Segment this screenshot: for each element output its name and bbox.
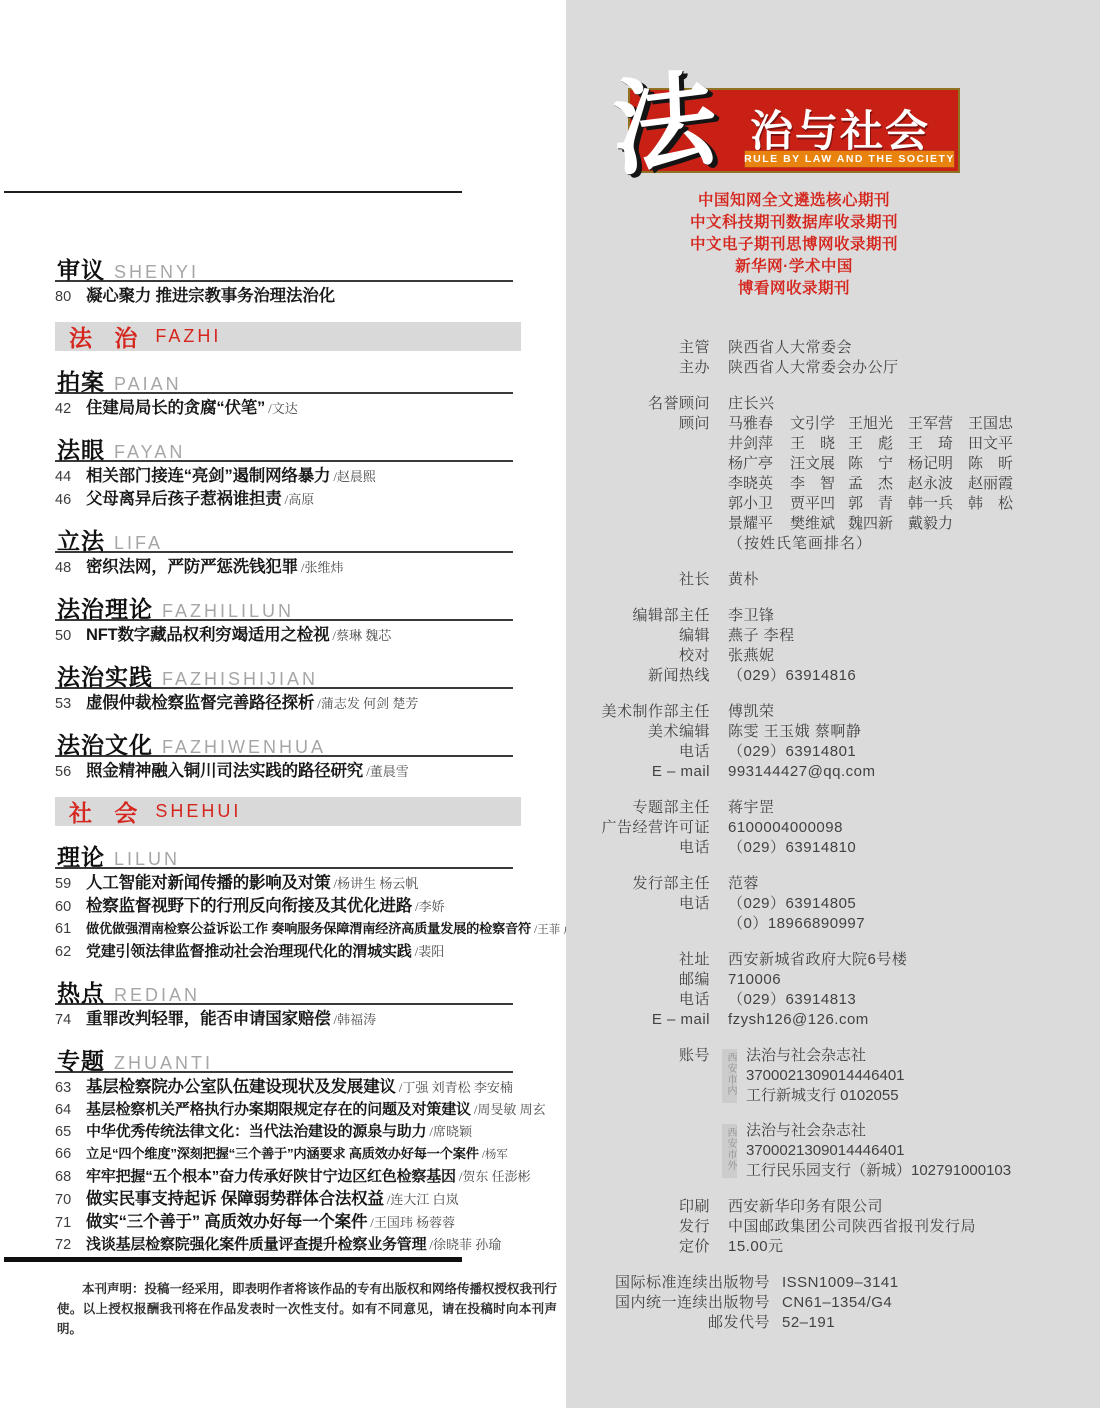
- toc-category-band: 社 会SHEHUI: [55, 797, 521, 826]
- masthead-gap: [566, 554, 1100, 570]
- masthead-label: 定价: [566, 1237, 710, 1257]
- section-title-en: REDIAN: [114, 985, 200, 1005]
- toc-item-title: 做实“三个善于” 高质效办好每一个案件: [86, 1211, 367, 1233]
- toc-item: 74重罪改判轻罪，能否申请国家赔偿/韩福涛: [55, 1008, 513, 1031]
- advisor-name: 郭小卫: [728, 494, 790, 514]
- toc-item-authors: /贺东 任澎彬: [459, 1166, 531, 1188]
- section-title-zh: 法治实践: [57, 664, 153, 690]
- toc-item-authors: /文达: [268, 398, 298, 420]
- masthead-row: 国内统一连续出版物号CN61–1354/G4: [566, 1293, 1100, 1313]
- bank-account: 西安市外法治与社会杂志社3700021309014446401工行民乐园支行（新…: [722, 1121, 1011, 1181]
- toc-item: 71做实“三个善于” 高质效办好每一个案件/王国玮 杨蓉蓉: [55, 1211, 513, 1234]
- toc-item: 64基层检察机关严格执行办案期限规定存在的问题及对策建议/周旻敏 周玄: [55, 1099, 513, 1121]
- toc-item-title: 立足“四个维度”深刻把握“三个善于”内涵要求 高质效办好每一个案件: [86, 1143, 479, 1165]
- advisor-name: 赵永波: [908, 474, 968, 494]
- account-line: 工行民乐园支行（新城）102791000103: [746, 1161, 1011, 1181]
- masthead-gap: [566, 378, 1100, 394]
- toc-item-authors: /韩福涛: [334, 1009, 377, 1031]
- masthead-row: 发行中国邮政集团公司陕西省报刊发行局: [566, 1217, 1100, 1237]
- category-title-zh: 社 会: [69, 795, 145, 828]
- category-title-en: FAZHI: [155, 326, 221, 347]
- masthead-value: 李卫锋: [728, 606, 775, 626]
- masthead-value: （029）63914805: [728, 894, 856, 914]
- toc-section-heading: 法治实践FAZHISHIJIAN: [55, 659, 513, 689]
- toc-section-items: 53虚假仲裁检察监督完善路径探析/蒲志发 何剑 楚芳: [55, 689, 513, 715]
- toc-item-title: NFT数字藏品权利穷竭适用之检视: [86, 624, 329, 646]
- advisor-name-line: 井剑萍王 晓王 彪王 琦田文平: [728, 434, 1034, 454]
- masthead-value: CN61–1354/G4: [782, 1293, 892, 1313]
- masthead-row: 电话（029）63914801: [566, 742, 1100, 762]
- toc-section-items: 48密织法网，严防严惩洗钱犯罪/张维炜: [55, 553, 513, 579]
- masthead-label: 美术编辑: [566, 722, 710, 742]
- section-title-en: FAZHISHIJIAN: [162, 669, 318, 689]
- toc-item-authors: /连大江 白岚: [387, 1189, 459, 1211]
- logo-tagline: RULE BY LAW AND THE SOCIETY: [744, 153, 955, 165]
- masthead-row: 电话（029）63914813: [566, 990, 1100, 1010]
- masthead-label: 主管: [566, 338, 710, 358]
- toc-section: 法治理论FAZHILILUN50NFT数字藏品权利穷竭适用之检视/蔡琳 魏芯: [55, 591, 513, 647]
- masthead-gap: [566, 1257, 1100, 1273]
- toc-section: 法眼FAYAN44相关部门接连“亮剑”遏制网络暴力/赵晨熙46父母离异后孩子惹祸…: [55, 432, 513, 511]
- account-line: 法治与社会杂志社: [746, 1121, 1011, 1141]
- advisor-name: 郭 青: [848, 494, 908, 514]
- advisor-name: 陈 昕: [968, 454, 1034, 474]
- section-title-zh: 法眼: [57, 437, 105, 463]
- advisor-name: 赵丽霞: [968, 474, 1034, 494]
- toc-item-authors: /李娇: [415, 896, 445, 918]
- masthead-row: 电话（029）63914810: [566, 838, 1100, 858]
- toc-section: 热点REDIAN74重罪改判轻罪，能否申请国家赔偿/韩福涛: [55, 975, 513, 1031]
- toc-item-page-number: 63: [55, 1077, 86, 1099]
- section-title-en: LILUN: [114, 849, 180, 869]
- toc-item-authors: /王国玮 杨蓉蓉: [370, 1212, 455, 1234]
- toc-section-items: 42住建局局长的贪腐“伏笔”/文达: [55, 394, 513, 420]
- toc-item-authors: /董晨雪: [366, 761, 409, 783]
- toc-item-page-number: 48: [55, 557, 86, 579]
- toc-item: 65中华优秀传统法律文化：当代法治建设的源泉与助力/席晓颖: [55, 1121, 513, 1143]
- masthead-label: 顾问: [566, 414, 710, 554]
- advisor-name: 贾平凹: [790, 494, 848, 514]
- toc-item-title: 住建局局长的贪腐“伏笔”: [86, 397, 265, 419]
- masthead-value: 庄长兴: [728, 394, 775, 414]
- section-title-zh: 法治理论: [57, 596, 153, 622]
- masthead-row: 校对张燕妮: [566, 646, 1100, 666]
- toc-item-authors: /周旻敏 周玄: [474, 1099, 546, 1121]
- masthead-value: 陈雯 王玉娥 蔡啊静: [728, 722, 861, 742]
- masthead-label: 印刷: [566, 1197, 710, 1217]
- advisor-name-grid: 马雅春文引学王旭光王军营王国忠井剑萍王 晓王 彪王 琦田文平杨广亭汪文展陈 宁杨…: [728, 414, 1034, 554]
- advisor-name: 韩一兵: [908, 494, 968, 514]
- masthead-advisors-row: 顾问马雅春文引学王旭光王军营王国忠井剑萍王 晓王 彪王 琦田文平杨广亭汪文展陈 …: [566, 414, 1100, 554]
- section-title-zh: 专题: [57, 1048, 105, 1074]
- toc-item-title: 做优做强渭南检察公益诉讼工作 奏响服务保障渭南经济高质量发展的检察音符: [86, 918, 531, 940]
- account-line: 法治与社会杂志社: [746, 1046, 905, 1066]
- masthead-value: （029）63914816: [728, 666, 856, 686]
- toc-item: 72浅谈基层检察院强化案件质量评查提升检察业务管理/徐晓菲 孙瑜: [55, 1234, 513, 1256]
- toc-item-title: 凝心聚力 推进宗教事务治理法治化: [86, 285, 335, 307]
- toc-item-page-number: 62: [55, 941, 86, 963]
- masthead-row: 编辑燕子 李程: [566, 626, 1100, 646]
- masthead-value: 中国邮政集团公司陕西省报刊发行局: [728, 1217, 976, 1237]
- toc-item: 70做实民事支持起诉 保障弱势群体合法权益/连大江 白岚: [55, 1188, 513, 1211]
- table-of-contents: 审议SHENYI80凝心聚力 推进宗教事务治理法治化法 治FAZHI拍案PAIA…: [55, 252, 513, 1268]
- toc-item-title: 做实民事支持起诉 保障弱势群体合法权益: [86, 1188, 384, 1210]
- bank-account: 西安市内法治与社会杂志社3700021309014446401工行新城支行 01…: [722, 1046, 1011, 1106]
- masthead-label: 电话: [566, 838, 710, 858]
- account-region-stamp: 西安市外: [722, 1124, 737, 1178]
- masthead-gap: [566, 782, 1100, 798]
- masthead-label: 编辑部主任: [566, 606, 710, 626]
- certification-line: 中文科技期刊数据库收录期刊: [628, 212, 960, 234]
- toc-item-title: 牢牢把握“五个根本”奋力传承好陕甘宁边区红色检察基因: [86, 1166, 456, 1188]
- toc-item-page-number: 65: [55, 1121, 86, 1143]
- advisor-name: 王 晓: [790, 434, 848, 454]
- bank-accounts: 西安市内法治与社会杂志社3700021309014446401工行新城支行 01…: [710, 1046, 1011, 1181]
- masthead-label: 发行部主任: [566, 874, 710, 894]
- toc-section-heading: 法治理论FAZHILILUN: [55, 591, 513, 621]
- masthead-label: 名誉顾问: [566, 394, 710, 414]
- toc-section: 理论LILUN59人工智能对新闻传播的影响及对策/杨讲生 杨云帆60检察监督视野…: [55, 839, 513, 963]
- toc-section-items: 80凝心聚力 推进宗教事务治理法治化: [55, 282, 513, 308]
- toc-item-title: 父母离异后孩子惹祸谁担责: [86, 488, 282, 510]
- masthead-label: 专题部主任: [566, 798, 710, 818]
- masthead-label: 电话: [566, 742, 710, 762]
- section-title-en: FAZHIWENHUA: [162, 737, 326, 757]
- toc-section-items: 56照金精神融入铜川司法实践的路径研究/董晨雪: [55, 757, 513, 783]
- toc-item-title: 密织法网，严防严惩洗钱犯罪: [86, 556, 298, 578]
- toc-item-authors: /丁强 刘青松 李安楠: [399, 1077, 513, 1099]
- toc-item-authors: /张维炜: [301, 557, 344, 579]
- masthead-label: 社址: [566, 950, 710, 970]
- toc-item-title: 虚假仲裁检察监督完善路径探析: [86, 692, 314, 714]
- toc-item-page-number: 74: [55, 1009, 86, 1031]
- masthead-gap: [566, 1030, 1100, 1046]
- masthead-label: 国内统一连续出版物号: [566, 1293, 770, 1313]
- section-title-zh: 立法: [57, 528, 105, 554]
- advisor-name: 杨广亭: [728, 454, 790, 474]
- certification-list: 中国知网全文遴选核心期刊中文科技期刊数据库收录期刊中文电子期刊思博网收录期刊新华…: [628, 190, 960, 300]
- advisor-name: 汪文展: [790, 454, 848, 474]
- masthead-row: 发行部主任范蓉: [566, 874, 1100, 894]
- toc-item: 63基层检察院办公室队伍建设现状及发展建议/丁强 刘青松 李安楠: [55, 1076, 513, 1099]
- toc-item-title: 检察监督视野下的行刑反向衔接及其优化进路: [86, 895, 412, 917]
- masthead-row: （0）18966890997: [566, 914, 1100, 934]
- advisor-name: 文引学: [790, 414, 848, 434]
- section-title-en: ZHUANTI: [114, 1053, 213, 1073]
- toc-item: 60检察监督视野下的行刑反向衔接及其优化进路/李娇: [55, 895, 513, 918]
- toc-section-items: 59人工智能对新闻传播的影响及对策/杨讲生 杨云帆60检察监督视野下的行刑反向衔…: [55, 869, 513, 963]
- toc-section-items: 44相关部门接连“亮剑”遏制网络暴力/赵晨熙46父母离异后孩子惹祸谁担责/高原: [55, 462, 513, 511]
- toc-item-authors: /杨军: [482, 1144, 508, 1166]
- masthead-value: 傅凯荣: [728, 702, 775, 722]
- toc-section: 法治实践FAZHISHIJIAN53虚假仲裁检察监督完善路径探析/蒲志发 何剑 …: [55, 659, 513, 715]
- account-lines: 法治与社会杂志社3700021309014446401工行新城支行 010205…: [746, 1046, 905, 1106]
- advisor-name: 景耀平: [728, 514, 790, 534]
- masthead-row: 新闻热线（029）63914816: [566, 666, 1100, 686]
- toc-section-heading: 立法LIFA: [55, 523, 513, 553]
- toc-section-items: 74重罪改判轻罪，能否申请国家赔偿/韩福涛: [55, 1005, 513, 1031]
- masthead-value: 张燕妮: [728, 646, 775, 666]
- toc-item-page-number: 60: [55, 896, 86, 918]
- toc-item-title: 人工智能对新闻传播的影响及对策: [86, 872, 331, 894]
- masthead-label: 邮编: [566, 970, 710, 990]
- masthead-row: 定价15.00元: [566, 1237, 1100, 1257]
- masthead-row: 美术编辑陈雯 王玉娥 蔡啊静: [566, 722, 1100, 742]
- advisor-name: 戴毅力: [908, 514, 968, 534]
- certification-line: 新华网·学术中国: [628, 256, 960, 278]
- magazine-logo: 法 治与社会 RULE BY LAW AND THE SOCIETY: [628, 88, 960, 173]
- toc-item: 53虚假仲裁检察监督完善路径探析/蒲志发 何剑 楚芳: [55, 692, 513, 715]
- toc-item-title: 相关部门接连“亮剑”遏制网络暴力: [86, 465, 330, 487]
- section-title-en: LIFA: [114, 533, 163, 553]
- masthead-row: 邮发代号52–191: [566, 1313, 1100, 1333]
- toc-item-title: 浅谈基层检察院强化案件质量评查提升检察业务管理: [86, 1234, 426, 1256]
- toc-section-heading: 审议SHENYI: [55, 252, 513, 282]
- certification-line: 博看网收录期刊: [628, 278, 960, 300]
- masthead-label: 校对: [566, 646, 710, 666]
- masthead-value: （029）63914813: [728, 990, 856, 1010]
- masthead-row: E – mailfzysh126@126.com: [566, 1010, 1100, 1030]
- masthead-value: 陕西省人大常委会办公厅: [728, 358, 899, 378]
- toc-item-authors: /裴阳: [415, 941, 445, 963]
- toc-item-authors: /高原: [285, 489, 315, 511]
- section-title-zh: 法治文化: [57, 732, 153, 758]
- account-lines: 法治与社会杂志社3700021309014446401工行民乐园支行（新城）10…: [746, 1121, 1011, 1181]
- masthead-panel: 法 治与社会 RULE BY LAW AND THE SOCIETY 中国知网全…: [566, 0, 1100, 1408]
- masthead-row: 电话（029）63914805: [566, 894, 1100, 914]
- masthead-gap: [566, 858, 1100, 874]
- masthead-label: 电话: [566, 990, 710, 1010]
- section-title-en: FAZHILILUN: [162, 601, 294, 621]
- category-title-zh: 法 治: [69, 320, 145, 353]
- toc-item-page-number: 50: [55, 625, 86, 647]
- masthead-value: 西安新华印务有限公司: [728, 1197, 883, 1217]
- toc-item: 50NFT数字藏品权利穷竭适用之检视/蔡琳 魏芯: [55, 624, 513, 647]
- masthead-label: 发行: [566, 1217, 710, 1237]
- toc-item-page-number: 61: [55, 918, 86, 940]
- toc-item-page-number: 53: [55, 693, 86, 715]
- masthead-value: （029）63914810: [728, 838, 856, 858]
- advisor-name: 李 智: [790, 474, 848, 494]
- advisor-name-line: 杨广亭汪文展陈 宁杨记明陈 昕: [728, 454, 1034, 474]
- advisor-name-line: 李晓英李 智孟 杰赵永波赵丽霞: [728, 474, 1034, 494]
- masthead-row: 社址西安新城省政府大院6号楼: [566, 950, 1100, 970]
- advisor-name: 孟 杰: [848, 474, 908, 494]
- masthead-row: 美术制作部主任傅凯荣: [566, 702, 1100, 722]
- account-line: 工行新城支行 0102055: [746, 1086, 905, 1106]
- masthead-value: 6100004000098: [728, 818, 843, 838]
- bottom-rule: [4, 1257, 462, 1262]
- advisor-name: 王国忠: [968, 414, 1034, 434]
- masthead-row: 国际标准连续出版物号ISSN1009–3141: [566, 1273, 1100, 1293]
- advisor-name: 王 彪: [848, 434, 908, 454]
- masthead-row: 主管陕西省人大常委会: [566, 338, 1100, 358]
- account-line: 3700021309014446401: [746, 1141, 1011, 1161]
- toc-section: 专题ZHUANTI63基层检察院办公室队伍建设现状及发展建议/丁强 刘青松 李安…: [55, 1043, 513, 1256]
- account-region-stamp: 西安市内: [722, 1049, 737, 1103]
- advisor-name: 王军营: [908, 414, 968, 434]
- top-rule: [4, 191, 462, 193]
- toc-item: 66立足“四个维度”深刻把握“三个善于”内涵要求 高质效办好每一个案件/杨军: [55, 1143, 513, 1166]
- masthead-gap: [566, 934, 1100, 950]
- toc-section-heading: 法治文化FAZHIWENHUA: [55, 727, 513, 757]
- toc-item-authors: /席晓颖: [429, 1121, 472, 1143]
- masthead-info: 主管陕西省人大常委会主办陕西省人大常委会办公厅名誉顾问庄长兴顾问马雅春文引学王旭…: [566, 338, 1100, 1333]
- advisor-name-line: 马雅春文引学王旭光王军营王国忠: [728, 414, 1034, 434]
- logo-tagline-strip: RULE BY LAW AND THE SOCIETY: [744, 150, 955, 168]
- toc-item: 61做优做强渭南检察公益诉讼工作 奏响服务保障渭南经济高质量发展的检察音符/王菲…: [55, 918, 513, 941]
- toc-category-band: 法 治FAZHI: [55, 322, 521, 351]
- advisor-name: 井剑萍: [728, 434, 790, 454]
- masthead-row: 社长黄朴: [566, 570, 1100, 590]
- toc-item-page-number: 80: [55, 286, 86, 308]
- advisor-name: 马雅春: [728, 414, 790, 434]
- toc-section: 立法LIFA48密织法网，严防严惩洗钱犯罪/张维炜: [55, 523, 513, 579]
- toc-section-heading: 专题ZHUANTI: [55, 1043, 513, 1073]
- masthead-value: 993144427@qq.com: [728, 762, 876, 782]
- advisor-sort-note: （按姓氏笔画排名）: [728, 534, 1034, 554]
- masthead-value: 710006: [728, 970, 781, 990]
- section-title-en: FAYAN: [114, 442, 185, 462]
- masthead-row: 邮编710006: [566, 970, 1100, 990]
- advisor-name: 王 琦: [908, 434, 968, 454]
- masthead-value: 燕子 李程: [728, 626, 795, 646]
- masthead-value: 陕西省人大常委会: [728, 338, 852, 358]
- toc-section: 拍案PAIAN42住建局局长的贪腐“伏笔”/文达: [55, 364, 513, 420]
- advisor-name: 杨记明: [908, 454, 968, 474]
- advisor-name: 田文平: [968, 434, 1034, 454]
- toc-item: 46父母离异后孩子惹祸谁担责/高原: [55, 488, 513, 511]
- masthead-row: 主办陕西省人大常委会办公厅: [566, 358, 1100, 378]
- toc-section: 审议SHENYI80凝心聚力 推进宗教事务治理法治化: [55, 252, 513, 308]
- masthead-label: 电话: [566, 894, 710, 914]
- toc-item-authors: /杨讲生 杨云帆: [334, 873, 419, 895]
- toc-item: 68牢牢把握“五个根本”奋力传承好陕甘宁边区红色检察基因/贺东 任澎彬: [55, 1166, 513, 1188]
- logo-calligraphy-fa: 法: [610, 63, 717, 186]
- toc-item-page-number: 64: [55, 1099, 86, 1121]
- toc-item-page-number: 72: [55, 1234, 86, 1256]
- toc-item-title: 照金精神融入铜川司法实践的路径研究: [86, 760, 363, 782]
- advisor-name: 魏四新: [848, 514, 908, 534]
- masthead-gap: [566, 1181, 1100, 1197]
- toc-section-heading: 法眼FAYAN: [55, 432, 513, 462]
- certification-line: 中文电子期刊思博网收录期刊: [628, 234, 960, 256]
- masthead-label: 邮发代号: [566, 1313, 770, 1333]
- advisor-name: 樊维斌: [790, 514, 848, 534]
- masthead-value: （0）18966890997: [728, 914, 865, 934]
- masthead-label: 主办: [566, 358, 710, 378]
- masthead-row: 广告经营许可证6100004000098: [566, 818, 1100, 838]
- masthead-gap: [566, 686, 1100, 702]
- section-title-en: PAIAN: [114, 374, 182, 394]
- toc-item: 42住建局局长的贪腐“伏笔”/文达: [55, 397, 513, 420]
- masthead-value: ISSN1009–3141: [782, 1273, 899, 1293]
- toc-item-page-number: 70: [55, 1189, 86, 1211]
- advisor-name: 王旭光: [848, 414, 908, 434]
- toc-item: 44相关部门接连“亮剑”遏制网络暴力/赵晨熙: [55, 465, 513, 488]
- toc-section-heading: 热点REDIAN: [55, 975, 513, 1005]
- advisor-name-line: 景耀平樊维斌魏四新戴毅力: [728, 514, 1034, 534]
- toc-item: 56照金精神融入铜川司法实践的路径研究/董晨雪: [55, 760, 513, 783]
- certification-line: 中国知网全文遴选核心期刊: [628, 190, 960, 212]
- category-title-en: SHEHUI: [155, 801, 241, 822]
- toc-item-title: 中华优秀传统法律文化：当代法治建设的源泉与助力: [86, 1121, 426, 1143]
- masthead-gap: [566, 590, 1100, 606]
- masthead-label: 广告经营许可证: [566, 818, 710, 838]
- masthead-row: E – mail993144427@qq.com: [566, 762, 1100, 782]
- toc-item-page-number: 56: [55, 761, 86, 783]
- toc-item-page-number: 42: [55, 398, 86, 420]
- toc-item-title: 基层检察机关严格执行办案期限规定存在的问题及对策建议: [86, 1099, 471, 1121]
- masthead-row: 专题部主任蒋宇罡: [566, 798, 1100, 818]
- toc-item-title: 党建引领法律监督推动社会治理现代化的渭城实践: [86, 941, 412, 963]
- advisor-name: 韩 松: [968, 494, 1034, 514]
- masthead-value: 范蓉: [728, 874, 759, 894]
- toc-item-page-number: 44: [55, 466, 86, 488]
- toc-item-page-number: 68: [55, 1166, 86, 1188]
- account-line: 3700021309014446401: [746, 1066, 905, 1086]
- masthead-value: 52–191: [782, 1313, 835, 1333]
- section-title-zh: 理论: [57, 844, 105, 870]
- section-title-en: SHENYI: [114, 262, 199, 282]
- masthead-value: 黄朴: [728, 570, 759, 590]
- masthead-value: 西安新城省政府大院6号楼: [728, 950, 907, 970]
- masthead-value: 蒋宇罡: [728, 798, 775, 818]
- masthead-label: [566, 914, 710, 934]
- section-title-zh: 热点: [57, 980, 105, 1006]
- magazine-toc-page: 审议SHENYI80凝心聚力 推进宗教事务治理法治化法 治FAZHI拍案PAIA…: [0, 0, 1100, 1414]
- advisor-name-line: 郭小卫贾平凹郭 青韩一兵韩 松: [728, 494, 1034, 514]
- toc-section-items: 63基层检察院办公室队伍建设现状及发展建议/丁强 刘青松 李安楠64基层检察机关…: [55, 1073, 513, 1256]
- masthead-row: 印刷西安新华印务有限公司: [566, 1197, 1100, 1217]
- masthead-label: E – mail: [566, 762, 710, 782]
- advisor-name: 陈 宁: [848, 454, 908, 474]
- masthead-accounts-row: 账号西安市内法治与社会杂志社3700021309014446401工行新城支行 …: [566, 1046, 1100, 1181]
- submission-disclaimer: 本刊声明：投稿一经采用，即表明作者将该作品的专有出版权和网络传播权授权我刊行使。…: [57, 1279, 557, 1339]
- toc-item: 80凝心聚力 推进宗教事务治理法治化: [55, 285, 513, 308]
- toc-item: 62党建引领法律监督推动社会治理现代化的渭城实践/裴阳: [55, 941, 513, 963]
- masthead-value: （029）63914801: [728, 742, 856, 762]
- toc-section-heading: 理论LILUN: [55, 839, 513, 869]
- masthead-value: fzysh126@126.com: [728, 1010, 869, 1030]
- masthead-label: 美术制作部主任: [566, 702, 710, 722]
- toc-item-authors: /蒲志发 何剑 楚芳: [317, 693, 418, 715]
- toc-item-page-number: 66: [55, 1143, 86, 1165]
- advisor-name: 李晓英: [728, 474, 790, 494]
- masthead-label: 新闻热线: [566, 666, 710, 686]
- toc-item-title: 重罪改判轻罪，能否申请国家赔偿: [86, 1008, 331, 1030]
- masthead-row: 名誉顾问庄长兴: [566, 394, 1100, 414]
- masthead-label: 账号: [566, 1046, 710, 1181]
- masthead-row: 编辑部主任李卫锋: [566, 606, 1100, 626]
- section-title-zh: 审议: [57, 257, 105, 283]
- toc-item-authors: /赵晨熙: [333, 466, 376, 488]
- toc-section-items: 50NFT数字藏品权利穷竭适用之检视/蔡琳 魏芯: [55, 621, 513, 647]
- toc-section-heading: 拍案PAIAN: [55, 364, 513, 394]
- toc-item-page-number: 59: [55, 873, 86, 895]
- toc-section: 法治文化FAZHIWENHUA56照金精神融入铜川司法实践的路径研究/董晨雪: [55, 727, 513, 783]
- toc-item: 48密织法网，严防严惩洗钱犯罪/张维炜: [55, 556, 513, 579]
- masthead-value: 15.00元: [728, 1237, 784, 1257]
- toc-item-authors: /徐晓菲 孙瑜: [429, 1234, 501, 1256]
- masthead-label: 社长: [566, 570, 710, 590]
- masthead-label: 编辑: [566, 626, 710, 646]
- toc-item-page-number: 46: [55, 489, 86, 511]
- toc-item-authors: /蔡琳 魏芯: [332, 625, 391, 647]
- toc-item-page-number: 71: [55, 1212, 86, 1234]
- toc-item-title: 基层检察院办公室队伍建设现状及发展建议: [86, 1076, 396, 1098]
- section-title-zh: 拍案: [57, 369, 105, 395]
